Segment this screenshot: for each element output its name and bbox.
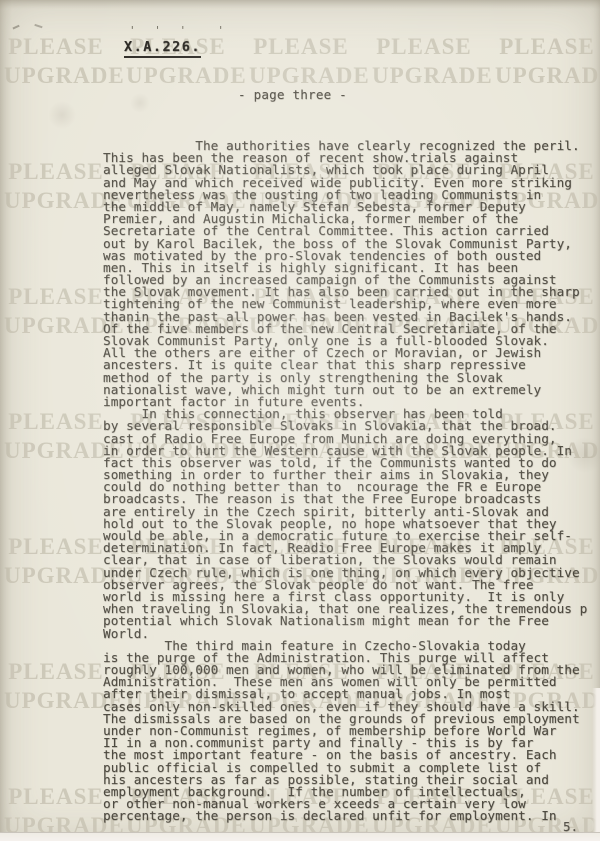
- watermark-please: PLEASE: [4, 407, 108, 436]
- watermark-please: PLEASE: [495, 32, 599, 61]
- watermark-please: PLEASE: [4, 32, 108, 61]
- watermark-cell: PLEASEUPGRADE: [249, 32, 353, 90]
- paper-edge-right: [592, 688, 600, 832]
- watermark-upgrade: UPGRADE: [4, 561, 108, 590]
- watermark-upgrade: UPGRADE: [495, 61, 599, 90]
- watermark-cell: PLEASEUPGRADE: [372, 32, 476, 90]
- document-page: PLEASEUPGRADEPLEASEUPGRADEPLEASEUPGRADEP…: [0, 0, 600, 841]
- watermark-cell: PLEASEUPGRADE: [4, 32, 108, 90]
- watermark-upgrade: UPGRADE: [4, 311, 108, 340]
- watermark-cell: PLEASEUPGRADE: [4, 532, 108, 590]
- watermark-upgrade: UPGRADE: [249, 61, 353, 90]
- watermark-please: PLEASE: [249, 32, 353, 61]
- watermark-cell: PLEASEUPGRADE: [4, 157, 108, 215]
- watermark-cell: PLEASEUPGRADE: [495, 32, 599, 90]
- watermark-upgrade: UPGRADE: [4, 686, 108, 715]
- watermark-upgrade: UPGRADE: [126, 61, 230, 90]
- watermark-please: PLEASE: [4, 782, 108, 811]
- watermark-cell: PLEASEUPGRADE: [4, 657, 108, 715]
- watermark-please: PLEASE: [4, 157, 108, 186]
- watermark-upgrade: UPGRADE: [4, 186, 108, 215]
- reference-number: X.A.226.: [124, 39, 201, 58]
- watermark-please: PLEASE: [372, 32, 476, 61]
- watermark-cell: PLEASEUPGRADE: [4, 282, 108, 340]
- watermark-please: PLEASE: [4, 282, 108, 311]
- watermark-upgrade: UPGRADE: [372, 61, 476, 90]
- paper-edge-bottom: [0, 832, 600, 841]
- text-line: potential which Slovak Nationalism might…: [103, 615, 597, 627]
- watermark-upgrade: UPGRADE: [4, 61, 108, 90]
- watermark-upgrade: UPGRADE: [4, 436, 108, 465]
- watermark-please: PLEASE: [4, 657, 108, 686]
- document-body: The authorities have clearly recognized …: [103, 140, 597, 823]
- text-line: percentage, the person is declared unfit…: [103, 810, 597, 822]
- tick-marks: ' ' ' ': [129, 24, 230, 37]
- watermark-please: PLEASE: [4, 532, 108, 561]
- watermark-cell: PLEASEUPGRADE: [4, 407, 108, 465]
- page-heading: - page three -: [238, 87, 347, 102]
